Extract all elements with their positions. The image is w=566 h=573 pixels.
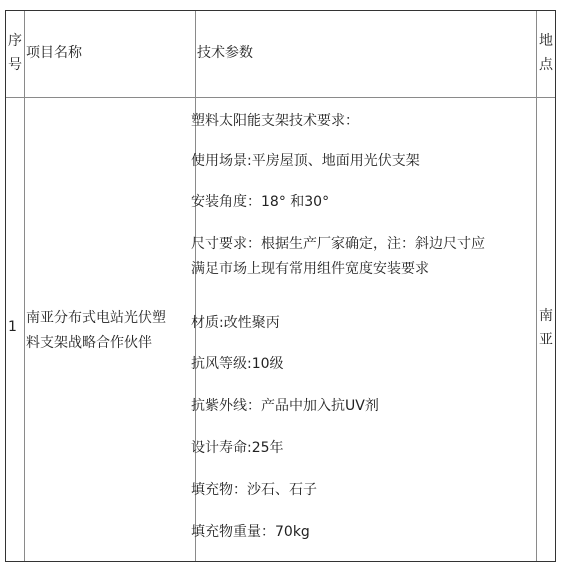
row-seq: 1 (8, 316, 17, 338)
spec-item: 尺寸要求：根据生产厂家确定，注：斜边尺寸应 (191, 233, 485, 255)
spec-item: 使用场景:平房屋顶、地面用光伏支架 (191, 150, 420, 172)
row-divider (6, 97, 555, 98)
spec-item: 满足市场上现有常用组件宽度安装要求 (191, 258, 429, 280)
spec-item: 抗紫外线：产品中加入抗UV剂 (191, 395, 379, 417)
column-divider (24, 11, 25, 561)
header-location: 地点 (538, 29, 554, 77)
spec-item: 填充物：沙石、石子 (191, 479, 317, 501)
spec-item: 材质:改性聚丙 (191, 312, 280, 334)
row-project-name: 南亚分布式电站光伏塑 料支架战略合作伙伴 (26, 306, 166, 356)
spec-item: 塑料太阳能支架技术要求： (191, 110, 359, 132)
row-location: 南亚 (538, 304, 554, 352)
project-name-line: 南亚分布式电站光伏塑 (26, 306, 166, 331)
spec-item: 设计寿命:25年 (191, 437, 284, 459)
spec-item: 安装角度：18° 和30° (191, 191, 329, 213)
header-seq: 序号 (7, 29, 23, 77)
spec-item: 抗风等级:10级 (191, 353, 284, 375)
spec-item: 填充物重量：70kg (191, 521, 310, 543)
project-name-line: 料支架战略合作伙伴 (26, 331, 166, 356)
column-divider (536, 11, 537, 561)
header-name: 项目名称 (26, 42, 82, 64)
header-tech: 技术参数 (197, 42, 253, 64)
